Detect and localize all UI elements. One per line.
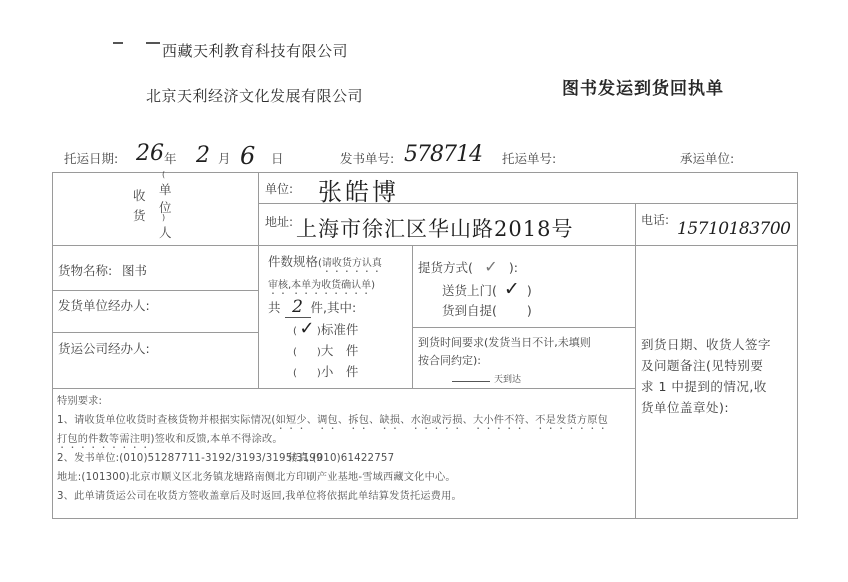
table-border-left <box>52 172 53 519</box>
company-name-beijing: 北京天利经济文化发展有限公司 <box>146 85 363 106</box>
spec-label-text: 件数规格 <box>268 254 318 269</box>
spec-item-standard[interactable]: (✓)标准件 <box>293 318 358 339</box>
spec-label: 件数规格(请收货方认真 <box>268 252 382 275</box>
arrival-days-blank[interactable] <box>452 370 490 382</box>
ship-month-unit: 月 <box>218 149 231 167</box>
row-divider-goods-name <box>52 290 258 291</box>
consignment-no-label: 托运单号: <box>502 149 556 167</box>
special-req-title: 特别要求: <box>57 392 102 407</box>
col-divider-phone <box>635 203 636 245</box>
arrival-requirement-line-1: 到货时间要求(发货当日不计,未填则 <box>418 334 591 350</box>
spec-note-2: 审核,本单为收货确认单) <box>268 276 375 297</box>
shipper-agent-label: 发货单位经办人: <box>58 296 150 314</box>
delivery-option-pickup[interactable]: 货到自提() <box>442 301 532 319</box>
delivery-method: 提货方式(✓): <box>418 257 518 276</box>
delivery-method-label: 提货方式( <box>418 260 473 275</box>
spec-note-1: (请收货方认真 <box>318 258 382 269</box>
consignee-paren-char-unit: 单 <box>159 180 172 198</box>
count-value[interactable]: 2 <box>285 297 311 318</box>
consignee-label-receive: 收 <box>133 186 146 204</box>
special-req-item-1-cont: 打包的件数等需注明)签收和反馈,本单不得涂改。 <box>57 430 283 451</box>
spec-item-large[interactable]: ()大 件 <box>293 341 358 359</box>
page-title: 图书发运到货回执单 <box>562 74 724 99</box>
special-req-fax: 传真:(010)61422757 <box>288 449 394 464</box>
goods-name-value: 图书 <box>122 261 147 279</box>
special-req-item-2: 2、发书单位:(010)51287711-3192/3193/3195/3199 <box>57 449 323 464</box>
special-req-item-3: 3、此单请货运公司在收货方签收盖章后及时返回,我单位将依据此单结算发货托运费用。 <box>57 487 462 502</box>
spec-item-label: 大 件 <box>321 343 359 358</box>
row-divider-delivery-method <box>412 327 635 328</box>
spec-item-label: 标准件 <box>321 322 359 337</box>
col-divider-spec <box>412 245 413 388</box>
receipt-signature-area[interactable] <box>637 420 795 516</box>
consignee-label-goods: 货 <box>133 206 146 224</box>
dispatch-no-value[interactable]: 578714 <box>404 142 482 167</box>
ship-day-value[interactable]: 6 <box>240 142 255 170</box>
ship-day-unit: 日 <box>271 149 284 167</box>
ship-date-label: 托运日期: <box>64 149 118 167</box>
row-divider-shipper-agent <box>52 332 258 333</box>
checkmark-icon: ✓ <box>473 257 509 276</box>
consignee-phone-label: 电话: <box>641 211 669 228</box>
consignee-paren-open: ( <box>162 170 165 179</box>
scan-mark <box>146 42 160 44</box>
consignee-unit-value[interactable]: 张皓博 <box>318 172 399 207</box>
goods-name-label: 货物名称: <box>58 261 112 279</box>
arrival-requirement-line-2: 按合同约定): <box>418 352 481 368</box>
checkmark-icon: ✓ <box>297 318 317 339</box>
ship-month-value[interactable]: 2 <box>196 143 210 168</box>
row-divider-consignee-bottom <box>52 245 798 246</box>
checkmark-icon: ✓ <box>497 278 527 300</box>
carrier-label: 承运单位: <box>680 149 734 167</box>
consignee-phone-value[interactable]: 15710183700 <box>677 219 790 239</box>
company-name-tibet: 西藏天利教育科技有限公司 <box>162 40 348 61</box>
count-prefix: 共 <box>268 300 281 315</box>
receipt-instructions: 到货日期、收货人签字 及问题备注(见特别要 求 1 中提到的情况,收 货单位盖章… <box>641 334 771 418</box>
delivery-option-label: 货到自提( <box>442 303 497 318</box>
table-border-right <box>797 172 798 519</box>
row-divider-special-req <box>52 388 635 389</box>
table-border-bottom <box>52 518 798 519</box>
col-divider-consignee <box>258 172 259 388</box>
consignee-address-label: 地址: <box>265 213 293 230</box>
consignee-unit-label: 单位: <box>265 180 293 197</box>
dispatch-no-label: 发书单号: <box>340 149 394 167</box>
consignee-paren-char-position: 位 <box>159 198 172 216</box>
carrier-agent-label: 货运公司经办人: <box>58 339 150 357</box>
special-req-address: 地址:(101300)北京市顺义区北务镇龙塘路南侧北方印刷产业基地-雪域西藏文化… <box>57 468 456 483</box>
scan-mark <box>113 42 123 44</box>
delivery-method-close: ): <box>509 260 518 275</box>
spec-item-label: 小 件 <box>321 364 359 379</box>
ship-year-value[interactable]: 26 <box>136 141 164 166</box>
special-req-item-1: 1、请收货单位收货时查核货物并根据实际情况(如短少、调包、拆包、缺损、水泡或污损… <box>57 411 608 432</box>
delivery-option-door[interactable]: 送货上门(✓) <box>442 278 532 300</box>
delivery-option-label: 送货上门( <box>442 283 497 298</box>
consignee-paren-close: ) <box>162 213 165 222</box>
arrival-days-suffix: 天到达 <box>494 372 521 385</box>
ship-year-unit: 年 <box>164 149 177 167</box>
spec-item-small[interactable]: ()小 件 <box>293 362 358 380</box>
consignee-paren-char-person: 人 <box>159 223 172 241</box>
consignee-address-value[interactable]: 上海市徐汇区华山路2018号 <box>296 213 573 243</box>
count-suffix: 件,其中: <box>311 300 357 315</box>
count-line: 共 2件,其中: <box>268 297 356 318</box>
col-divider-receipt <box>635 245 636 518</box>
